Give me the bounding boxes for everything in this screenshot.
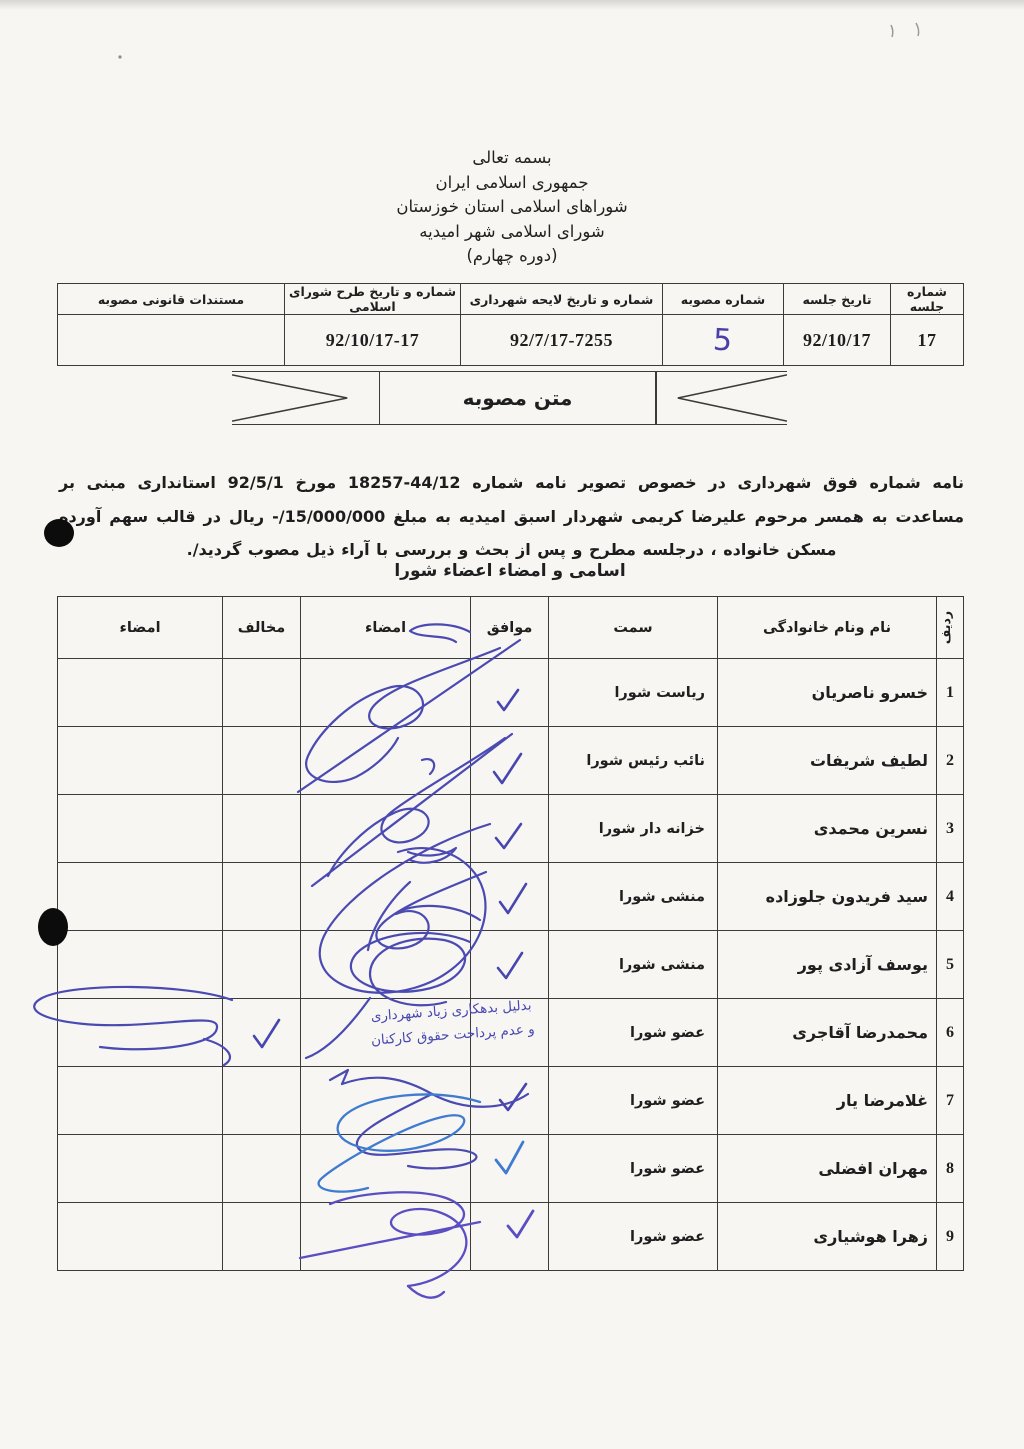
signature-cell — [301, 1203, 471, 1271]
agree-cell — [471, 659, 549, 727]
signature2-cell — [58, 795, 223, 863]
signature2-cell — [58, 659, 223, 727]
stray-dot — [118, 55, 121, 58]
opposed-cell — [223, 1203, 301, 1271]
header-signature: امضاء — [301, 597, 471, 659]
header-row-no: ردیف — [937, 597, 964, 659]
scanned-council-resolution-page: بسمه تعالی جمهوری اسلامی ایران شوراهای ا… — [0, 0, 1024, 1449]
member-row-7: 7 غلامرضا یار عضو شورا — [58, 1067, 964, 1135]
signature-cell — [301, 931, 471, 999]
agree-cell — [471, 931, 549, 999]
letterhead-line-bismillah: بسمه تعالی — [0, 146, 1024, 171]
banner-right-chevron-icon — [655, 371, 787, 425]
meta-value-session-no: 17 — [891, 315, 964, 366]
header-position: سمت — [549, 597, 718, 659]
signature2-cell — [58, 727, 223, 795]
member-row-3: 3 نسرین محمدی خزانه دار شورا — [58, 795, 964, 863]
stray-marks — [891, 23, 919, 37]
header-signature-2: امضاء — [58, 597, 223, 659]
member-row-9: 9 زهرا هوشیاری عضو شورا — [58, 1203, 964, 1271]
opposed-cell — [223, 1067, 301, 1135]
signature-cell — [301, 659, 471, 727]
meta-value-resolution-no: 5 — [663, 315, 784, 366]
signature2-cell — [58, 931, 223, 999]
header-opposed: مخالف — [223, 597, 301, 659]
opposed-cell — [223, 659, 301, 727]
agree-cell — [471, 727, 549, 795]
member-row-5: 5 یوسف آزادی پور منشی شورا — [58, 931, 964, 999]
signature2-cell — [58, 863, 223, 931]
meta-header-legal-docs: مستندات قانونی مصوبه — [58, 284, 285, 315]
meta-value-bill: 92/7/17-7255 — [461, 315, 663, 366]
meta-value-session-date: 92/10/17 — [784, 315, 891, 366]
meta-header-row: شماره جلسه تاریخ جلسه شماره مصوبه شماره … — [58, 284, 964, 315]
agree-cell — [471, 795, 549, 863]
letterhead-line-republic: جمهوری اسلامی ایران — [0, 171, 1024, 196]
opposed-cell — [223, 931, 301, 999]
opposed-cell — [223, 795, 301, 863]
letterhead-line-province-councils: شوراهای اسلامی استان خوزستان — [0, 195, 1024, 220]
opposed-cell — [223, 999, 301, 1067]
meta-header-session-date: تاریخ جلسه — [784, 284, 891, 315]
letterhead: بسمه تعالی جمهوری اسلامی ایران شوراهای ا… — [0, 146, 1024, 269]
member-row-2: 2 لطیف شریفات نائب رئیس شورا — [58, 727, 964, 795]
meta-value-row: 17 92/10/17 5 92/7/17-7255 92/10/17-17 — [58, 315, 964, 366]
signature-cell — [301, 727, 471, 795]
meta-header-bill: شماره و تاریخ لایحه شهرداری — [461, 284, 663, 315]
member-row-1: 1 خسرو ناصریان ریاست شورا — [58, 659, 964, 727]
signature-cell — [301, 1067, 471, 1135]
meta-value-plan: 92/10/17-17 — [285, 315, 461, 366]
banner-left-chevron-icon — [232, 371, 380, 425]
members-table: ردیف نام ونام خانوادگی سمت موافق امضاء م… — [57, 596, 964, 1271]
signature2-cell — [58, 1067, 223, 1135]
agree-cell — [471, 1203, 549, 1271]
signature-cell — [301, 1135, 471, 1203]
opposed-cell — [223, 863, 301, 931]
banner-title: متن مصوبه — [379, 371, 657, 425]
member-row-4: 4 سید فریدون جلوزاده منشی شورا — [58, 863, 964, 931]
header-name: نام ونام خانوادگی — [718, 597, 937, 659]
signature-cell — [301, 795, 471, 863]
meta-value-legal-docs — [58, 315, 285, 366]
signature-cell — [301, 863, 471, 931]
agree-cell — [471, 1067, 549, 1135]
letterhead-line-term: (دوره چهارم) — [0, 244, 1024, 269]
signature2-cell — [58, 1203, 223, 1271]
members-header-row: ردیف نام ونام خانوادگی سمت موافق امضاء م… — [58, 597, 964, 659]
member-row-8: 8 مهران افضلی عضو شورا — [58, 1135, 964, 1203]
signature2-cell — [58, 1135, 223, 1203]
resolution-banner: متن مصوبه — [232, 371, 788, 425]
meta-header-plan: شماره و تاریخ طرح شورای اسلامی — [285, 284, 461, 315]
handwritten-resolution-number: 5 — [712, 322, 733, 358]
meta-header-resolution-no: شماره مصوبه — [663, 284, 784, 315]
agree-cell — [471, 1135, 549, 1203]
session-meta-table: شماره جلسه تاریخ جلسه شماره مصوبه شماره … — [57, 283, 964, 366]
members-section-title: اسامی و امضاء اعضاء شورا — [57, 561, 963, 581]
signature2-cell — [58, 999, 223, 1067]
letterhead-line-city-council: شورای اسلامی شهر امیدیه — [0, 220, 1024, 245]
agree-cell — [471, 863, 549, 931]
meta-header-session-no: شماره جلسه — [891, 284, 964, 315]
opposed-cell — [223, 727, 301, 795]
header-agree: موافق — [471, 597, 549, 659]
opposed-cell — [223, 1135, 301, 1203]
resolution-text: نامه شماره فوق شهرداری در خصوص تصویر نام… — [59, 466, 964, 567]
